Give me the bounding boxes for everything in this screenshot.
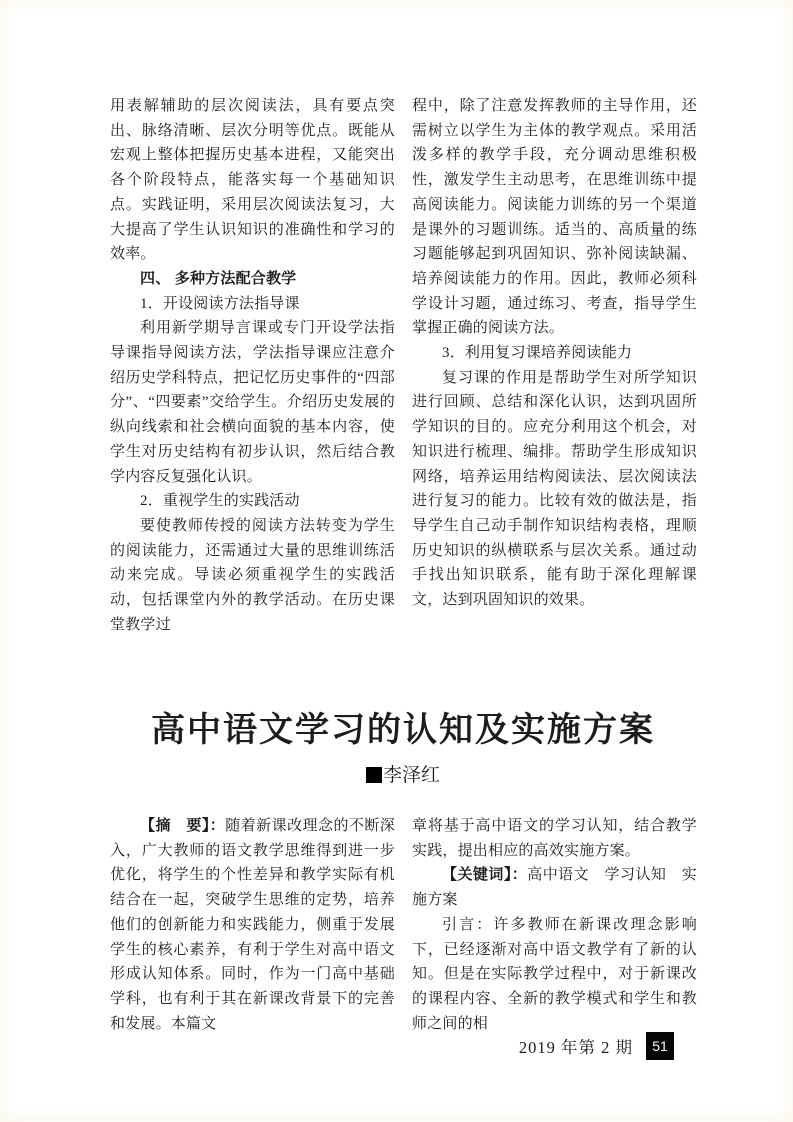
- page-footer: 2019 年第 2 期 51: [519, 1032, 674, 1060]
- new-article-header: 高中语文学习的认知及实施方案 李泽红: [103, 706, 703, 788]
- paragraph: 要使教师传授的阅读方法转变为学生的阅读能力，还需通过大量的思维训练活动来完成。导…: [110, 514, 395, 638]
- abstract-left-column: 【摘 要】：随着新课改理念的不断深入，广大教师的语文教学思维得到进一步优化，将学…: [110, 814, 395, 1036]
- section-heading: 四、 多种方法配合教学: [110, 267, 395, 292]
- abstract-section: 【摘 要】：随着新课改理念的不断深入，广大教师的语文教学思维得到进一步优化，将学…: [110, 814, 697, 1036]
- paragraph: 复习课的作用是帮助学生对所学知识进行回顾、总结和深化认识，达到巩固所学知识的目的…: [412, 366, 697, 613]
- subsection-heading: 1．开设阅读方法指导课: [110, 292, 395, 317]
- subsection-heading: 2．重视学生的实践活动: [110, 489, 395, 514]
- author-square-icon: [366, 767, 382, 783]
- journal-issue: 2019 年第 2 期: [519, 1034, 633, 1058]
- paragraph: 用表解辅助的层次阅读法，具有要点突出、脉络清晰、层次分明等优点。既能从宏观上整体…: [110, 94, 395, 267]
- page-number-badge: 51: [646, 1032, 674, 1060]
- keywords-paragraph: 【关键词】：高中语文 学习认知 实施方案: [412, 863, 697, 912]
- intro-paragraph: 引言：许多教师在新课改理念影响下，已经逐渐对高中语文教学有了新的认知。但是在实际…: [412, 913, 697, 1037]
- keywords-label: 【关键词】：: [442, 866, 527, 883]
- abstract-paragraph-continued: 章将基于高中语文的学习认知，结合教学实践，提出相应的高效实施方案。: [412, 814, 697, 863]
- journal-page: 用表解辅助的层次阅读法，具有要点突出、脉络清晰、层次分明等优点。既能从宏观上整体…: [0, 0, 793, 1122]
- abstract-label: 【摘 要】：: [140, 817, 225, 834]
- abstract-right-column: 章将基于高中语文的学习认知，结合教学实践，提出相应的高效实施方案。 【关键词】：…: [412, 814, 697, 1036]
- abstract-text: 随着新课改理念的不断深入，广大教师的语文教学思维得到进一步优化，将学生的个性差异…: [110, 818, 395, 1032]
- subsection-heading: 3．利用复习课培养阅读能力: [412, 341, 697, 366]
- article-author-line: 李泽红: [103, 764, 703, 788]
- article-title: 高中语文学习的认知及实施方案: [103, 706, 703, 754]
- top-right-column: 程中，除了注意发挥教师的主导作用，还需树立以学生为主体的教学观点。采用活泼多样的…: [412, 94, 697, 637]
- paragraph: 程中，除了注意发挥教师的主导作用，还需树立以学生为主体的教学观点。采用活泼多样的…: [412, 94, 697, 341]
- top-left-column: 用表解辅助的层次阅读法，具有要点突出、脉络清晰、层次分明等优点。既能从宏观上整体…: [110, 94, 395, 637]
- paragraph: 利用新学期导言课或专门开设学法指导课指导阅读方法，学法指导课应注意介绍历史学科特…: [110, 316, 395, 489]
- top-article-section: 用表解辅助的层次阅读法，具有要点突出、脉络清晰、层次分明等优点。既能从宏观上整体…: [110, 94, 697, 637]
- author-name: 李泽红: [383, 765, 440, 786]
- abstract-paragraph: 【摘 要】：随着新课改理念的不断深入，广大教师的语文教学思维得到进一步优化，将学…: [110, 814, 395, 1036]
